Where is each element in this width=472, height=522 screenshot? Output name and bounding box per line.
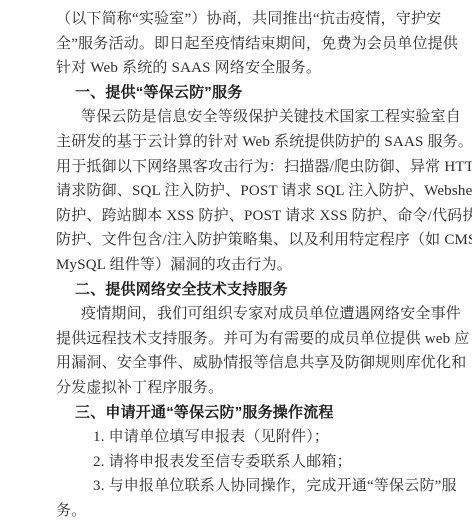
- document-page: （以下简称“实验室”）协商，共同推出“抗击疫情，守护安 全”服务活动。即日起至疫…: [0, 0, 472, 522]
- paragraph-1-line-3: 针对 Web 系统的 SAAS 网络安全服务。: [56, 56, 452, 81]
- paragraph-3-line-4: 分发虚拟补丁程序服务。: [56, 376, 452, 401]
- paragraph-2-line-4: 请求防御、SQL 注入防护、POST 请求 SQL 注入防护、Webshell: [56, 179, 452, 204]
- list-item-3-continuation: 务。: [56, 499, 452, 522]
- section-heading-1: 一、提供“等保云防”服务: [56, 81, 452, 106]
- list-item-1: 1. 申请单位填写申报表（见附件）；: [56, 425, 452, 450]
- list-item-3: 3. 与申报单位联系人协同操作，完成开通“等保云防”服: [56, 474, 452, 499]
- paragraph-1-line-1: （以下简称“实验室”）协商，共同推出“抗击疫情，守护安: [56, 7, 452, 32]
- paragraph-3-line-3: 用漏洞、安全事件、威胁情报等信息共享及防御规则库优化和: [56, 351, 452, 376]
- paragraph-2-line-3: 用于抵御以下网络黑客攻击行为：扫描器/爬虫防御、异常 HTTP: [56, 155, 452, 180]
- section-heading-2: 二、提供网络安全技术支持服务: [56, 278, 452, 303]
- paragraph-2-line-1: 等保云防是信息安全等级保护关键技术国家工程实验室自: [56, 105, 452, 130]
- text-block: （以下简称“实验室”）协商，共同推出“抗击疫情，守护安 全”服务活动。即日起至疫…: [56, 7, 452, 522]
- section-heading-3: 三、申请开通“等保云防”服务操作流程: [56, 401, 452, 426]
- paragraph-1-line-2: 全”服务活动。即日起至疫情结束期间，免费为会员单位提供: [56, 32, 452, 57]
- paragraph-2-line-2: 主研发的基于云计算的针对 Web 系统提供防护的 SAAS 服务。可: [56, 130, 452, 155]
- paragraph-3-line-1: 疫情期间，我们可组织专家对成员单位遭遇网络安全事件: [56, 302, 452, 327]
- paragraph-3-line-2: 提供远程技术支持服务。并可为有需要的成员单位提供 web 应: [56, 327, 452, 352]
- paragraph-2-line-6: 防护、文件包含/注入防护策略集、以及利用特定程序（如 CMS、: [56, 228, 452, 253]
- list-item-2: 2. 请将申报表发至信专委联系人邮箱；: [56, 450, 452, 475]
- paragraph-2-line-5: 防护、跨站脚本 XSS 防护、POST 请求 XSS 防护、命令/代码执行: [56, 204, 452, 229]
- paragraph-2-line-7: MySQL 组件等）漏洞的攻击行为。: [56, 253, 452, 278]
